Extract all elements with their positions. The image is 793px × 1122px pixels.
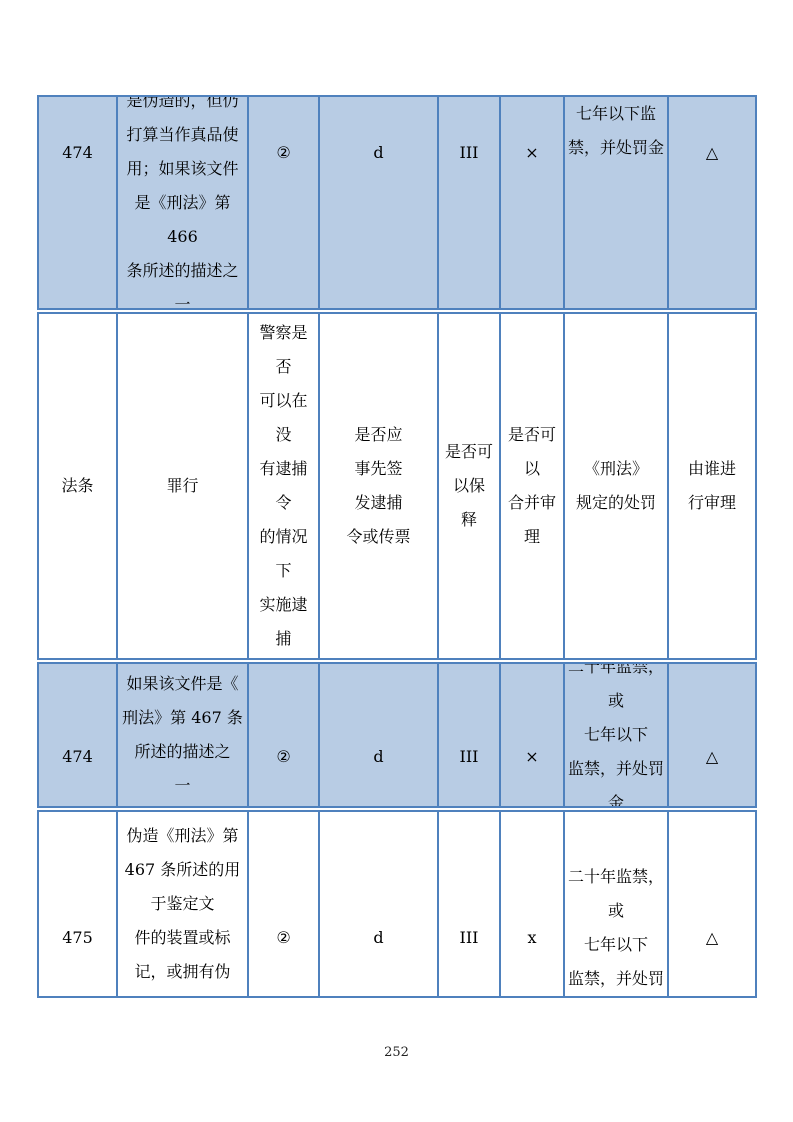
page-number: 252 <box>0 1045 793 1060</box>
cell-tried-by: △ <box>667 97 755 308</box>
law-table: 474 是伪造的，但仍 打算当作真品使 用；如果该文件 是《刑法》第 466 条… <box>37 95 757 1000</box>
cell-penalty: 二十年监禁，或 七年以下 监禁，并处罚 金 <box>563 812 667 996</box>
header-cell-warrantless-arrest: 警察是 否 可以在 没 有逮捕 令 的情况 下 实施逮 捕 <box>247 314 318 658</box>
cell-crime: 是伪造的，但仍 打算当作真品使 用；如果该文件 是《刑法》第 466 条所述的描… <box>116 97 247 308</box>
header-cell-tried-by: 由谁进 行审理 <box>667 314 755 658</box>
cell-bail: III <box>437 97 499 308</box>
cell-tried-by: △ <box>667 664 755 806</box>
document-page: { "page": { "number": "252" }, "colors":… <box>0 0 793 1122</box>
header-cell-law-article: 法条 <box>39 314 116 658</box>
cell-penalty: 七年以下监 禁，并处罚金 <box>563 97 667 308</box>
cell-joint-trial: × <box>499 664 563 806</box>
cell-bail: III <box>437 812 499 996</box>
table-row-475: 475 伪造《刑法》第 467 条所述的用 于鉴定文 件的装置或标 记，或拥有伪… <box>37 810 757 998</box>
cell-warrantless-arrest: ② <box>247 97 318 308</box>
cell-prior-warrant: d <box>318 664 437 806</box>
cell-bail: III <box>437 664 499 806</box>
cell-law-article: 474 <box>39 664 116 806</box>
header-cell-bail: 是否可 以保 释 <box>437 314 499 658</box>
cell-law-article: 474 <box>39 97 116 308</box>
cell-crime: 伪造《刑法》第 467 条所述的用 于鉴定文 件的装置或标 记，或拥有伪 <box>116 812 247 996</box>
cell-warrantless-arrest: ② <box>247 664 318 806</box>
table-row-474-continued: 474 是伪造的，但仍 打算当作真品使 用；如果该文件 是《刑法》第 466 条… <box>37 95 757 310</box>
cell-joint-trial: × <box>499 97 563 308</box>
cell-joint-trial: x <box>499 812 563 996</box>
header-cell-crime: 罪行 <box>116 314 247 658</box>
cell-warrantless-arrest: ② <box>247 812 318 996</box>
table-row-474: 474 如果该文件是《 刑法》第 467 条 所述的描述之 一 ② d III … <box>37 662 757 808</box>
table-header-row: 法条 罪行 警察是 否 可以在 没 有逮捕 令 的情况 下 实施逮 捕 是否应 … <box>37 312 757 660</box>
cell-law-article: 475 <box>39 812 116 996</box>
cell-crime: 如果该文件是《 刑法》第 467 条 所述的描述之 一 <box>116 664 247 806</box>
header-cell-joint-trial: 是否可 以 合并审 理 <box>499 314 563 658</box>
cell-tried-by: △ <box>667 812 755 996</box>
cell-prior-warrant: d <box>318 812 437 996</box>
cell-penalty: 二十年监禁，或 七年以下 监禁，并处罚 金 <box>563 664 667 806</box>
header-cell-prior-warrant: 是否应 事先签 发逮捕 令或传票 <box>318 314 437 658</box>
cell-prior-warrant: d <box>318 97 437 308</box>
header-cell-penalty: 《刑法》 规定的处罚 <box>563 314 667 658</box>
